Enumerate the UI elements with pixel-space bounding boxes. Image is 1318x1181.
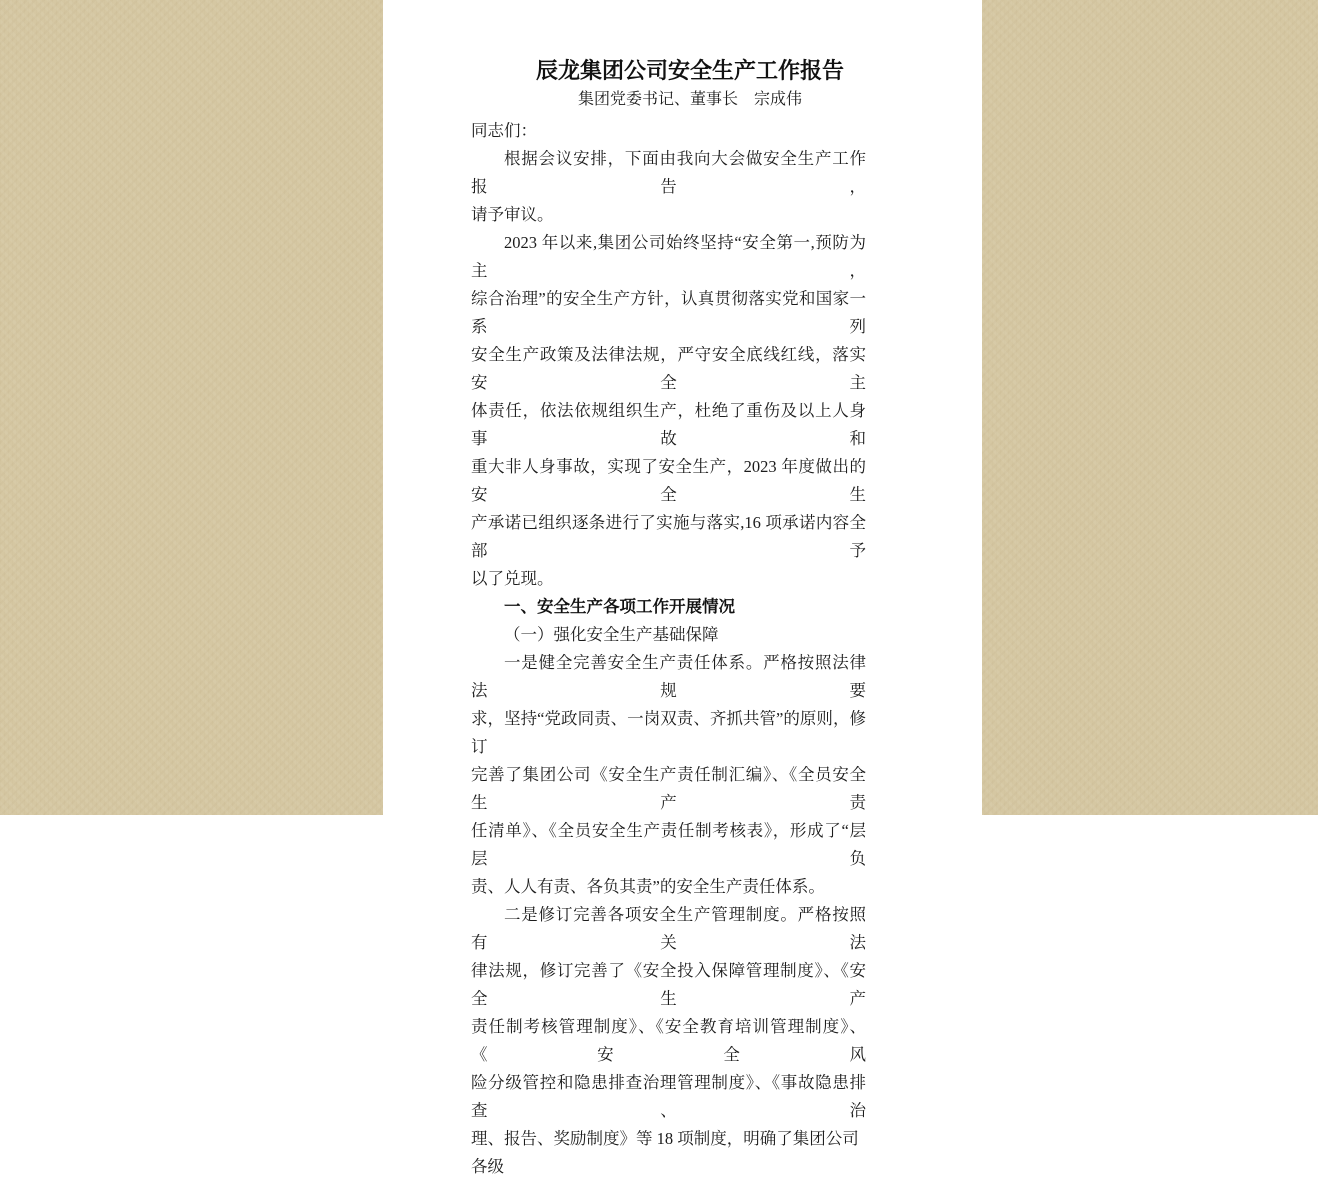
document-title: 辰龙集团公司安全生产工作报告 [514,56,866,86]
text-line: 综合治理”的安全生产方针，认真贯彻落实党和国家一系列 [471,285,866,341]
text-line: 以了兑现。 [471,565,866,593]
sub-heading: （一）强化安全生产基础保障 [471,621,866,649]
text-line: 体责任，依法依规组织生产，杜绝了重伤及以上人身事故和 [471,397,866,453]
section-heading: 一、安全生产各项工作开展情况 [471,593,866,621]
text-line: 2023 年以来,集团公司始终坚持“安全第一,预防为主， [471,229,866,285]
document-byline: 集团党委书记、董事长 宗成伟 [514,86,866,114]
salutation-line: 同志们： [471,117,866,145]
document-page: 辰龙集团公司安全生产工作报告 集团党委书记、董事长 宗成伟 同志们：根据会议安排… [383,0,982,815]
text-line: 请予审议。 [471,201,866,229]
document-content: 辰龙集团公司安全生产工作报告 集团党委书记、董事长 宗成伟 同志们：根据会议安排… [471,0,866,815]
text-line: 一是健全完善安全生产责任体系。严格按照法律法规要 [471,649,866,705]
document-body: 同志们：根据会议安排，下面由我向大会做安全生产工作报告，请予审议。2023 年以… [471,117,866,815]
text-line: 产承诺已组织逐条进行了实施与落实,16 项承诺内容全部予 [471,509,866,565]
text-line: 求，坚持“党政同责、一岗双责、齐抓共管”的原则，修订 [471,705,866,761]
text-line: 完善了集团公司《安全生产责任制汇编》、《全员安全生产责 [471,761,866,815]
text-line: 安全生产政策及法律法规，严守安全底线红线，落实安全主 [471,341,866,397]
page-background: 辰龙集团公司安全生产工作报告 集团党委书记、董事长 宗成伟 同志们：根据会议安排… [0,0,1318,815]
text-line: 根据会议安排，下面由我向大会做安全生产工作报告， [471,145,866,201]
text-line: 重大非人身事故，实现了安全生产，2023 年度做出的安全生 [471,453,866,509]
